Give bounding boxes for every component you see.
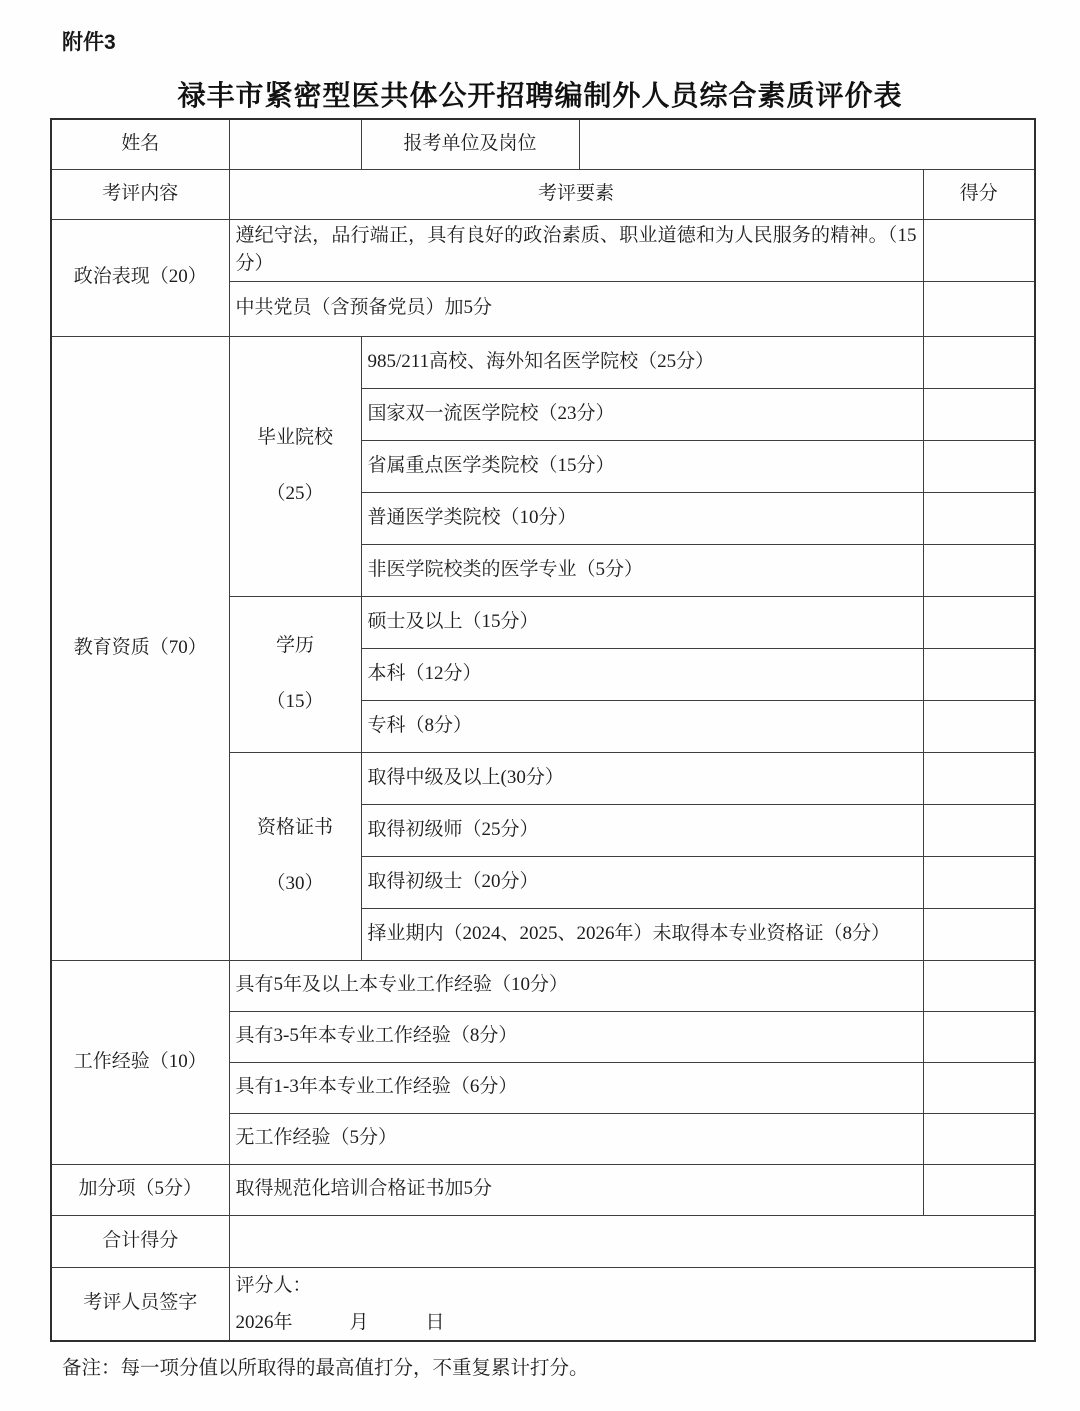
signature-date-line: 2026年 月 日 bbox=[236, 1309, 1029, 1338]
unit-label-cell: 报考单位及岗位 bbox=[361, 119, 579, 169]
education-row-text: 本科（12分） bbox=[361, 648, 923, 700]
education-row-text: 择业期内（2024、2025、2026年）未取得本专业资格证（8分） bbox=[361, 908, 923, 960]
evaluation-table: 姓名 报考单位及岗位 考评内容 考评要素 得分 政治表现（20） 遵纪守法，品行… bbox=[50, 118, 1036, 1342]
score-cell bbox=[923, 960, 1035, 1011]
header-content-cell: 考评内容 bbox=[51, 169, 229, 219]
unit-value-cell bbox=[579, 119, 1035, 169]
signature-scorer-line: 评分人： bbox=[236, 1272, 1029, 1301]
score-cell bbox=[923, 856, 1035, 908]
education-row-text: 取得中级及以上(30分） bbox=[361, 752, 923, 804]
education-row-text: 985/211高校、海外知名医学院校（25分） bbox=[361, 336, 923, 388]
bonus-row-text: 取得规范化培训合格证书加5分 bbox=[229, 1164, 923, 1215]
name-value-cell bbox=[229, 119, 361, 169]
education-row-text: 非医学院校类的医学专业（5分） bbox=[361, 544, 923, 596]
attachment-label: 附件3 bbox=[62, 26, 116, 56]
education-row-text: 国家双一流医学院校（23分） bbox=[361, 388, 923, 440]
education-row-text: 取得初级师（25分） bbox=[361, 804, 923, 856]
name-label-cell: 姓名 bbox=[51, 119, 229, 169]
score-cell bbox=[923, 1113, 1035, 1164]
experience-row-text: 具有1-3年本专业工作经验（6分） bbox=[229, 1062, 923, 1113]
section-bonus-label: 加分项（5分） bbox=[51, 1164, 229, 1215]
header-elements-cell: 考评要素 bbox=[229, 169, 923, 219]
experience-row-text: 具有5年及以上本专业工作经验（10分） bbox=[229, 960, 923, 1011]
score-cell bbox=[923, 700, 1035, 752]
education-row-text: 专科（8分） bbox=[361, 700, 923, 752]
total-score-label: 合计得分 bbox=[51, 1215, 229, 1267]
score-cell bbox=[923, 281, 1035, 336]
score-cell bbox=[923, 440, 1035, 492]
group-school-label: 毕业院校 （25） bbox=[229, 336, 361, 596]
score-cell bbox=[923, 908, 1035, 960]
group-certificate-label: 资格证书 （30） bbox=[229, 752, 361, 960]
page-title: 禄丰市紧密型医共体公开招聘编制外人员综合素质评价表 bbox=[0, 74, 1080, 114]
signature-label: 考评人员签字 bbox=[51, 1267, 229, 1341]
score-cell bbox=[923, 492, 1035, 544]
education-row-text: 省属重点医学类院校（15分） bbox=[361, 440, 923, 492]
education-row-text: 取得初级士（20分） bbox=[361, 856, 923, 908]
score-cell bbox=[923, 1164, 1035, 1215]
political-row-text: 中共党员（含预备党员）加5分 bbox=[229, 281, 923, 336]
section-experience-label: 工作经验（10） bbox=[51, 960, 229, 1164]
group-points: （15） bbox=[266, 688, 323, 717]
education-row-text: 硕士及以上（15分） bbox=[361, 596, 923, 648]
experience-row-text: 无工作经验（5分） bbox=[229, 1113, 923, 1164]
score-cell bbox=[923, 1062, 1035, 1113]
section-education-label: 教育资质（70） bbox=[51, 336, 229, 960]
group-name: 学历 bbox=[276, 632, 314, 661]
score-cell bbox=[923, 596, 1035, 648]
political-row-text: 遵纪守法，品行端正，具有良好的政治素质、职业道德和为人民服务的精神。（15分） bbox=[229, 219, 923, 281]
score-cell bbox=[923, 648, 1035, 700]
experience-row-text: 具有3-5年本专业工作经验（8分） bbox=[229, 1011, 923, 1062]
group-name: 毕业院校 bbox=[257, 424, 333, 453]
section-political-label: 政治表现（20） bbox=[51, 219, 229, 336]
group-name: 资格证书 bbox=[257, 814, 333, 843]
group-points: （25） bbox=[266, 480, 323, 509]
footer-note: 备注：每一项分值以所取得的最高值打分，不重复累计打分。 bbox=[62, 1352, 589, 1380]
score-cell bbox=[923, 752, 1035, 804]
signature-area: 评分人： 2026年 月 日 bbox=[229, 1267, 1035, 1341]
score-cell bbox=[923, 1011, 1035, 1062]
education-row-text: 普通医学类院校（10分） bbox=[361, 492, 923, 544]
group-degree-label: 学历 （15） bbox=[229, 596, 361, 752]
header-score-cell: 得分 bbox=[923, 169, 1035, 219]
score-cell bbox=[923, 804, 1035, 856]
score-cell bbox=[923, 219, 1035, 281]
score-cell bbox=[923, 544, 1035, 596]
total-score-value bbox=[229, 1215, 1035, 1267]
group-points: （30） bbox=[266, 870, 323, 899]
document-page: 附件3 禄丰市紧密型医共体公开招聘编制外人员综合素质评价表 姓名 报考单位及岗位… bbox=[0, 0, 1080, 1411]
score-cell bbox=[923, 388, 1035, 440]
score-cell bbox=[923, 336, 1035, 388]
